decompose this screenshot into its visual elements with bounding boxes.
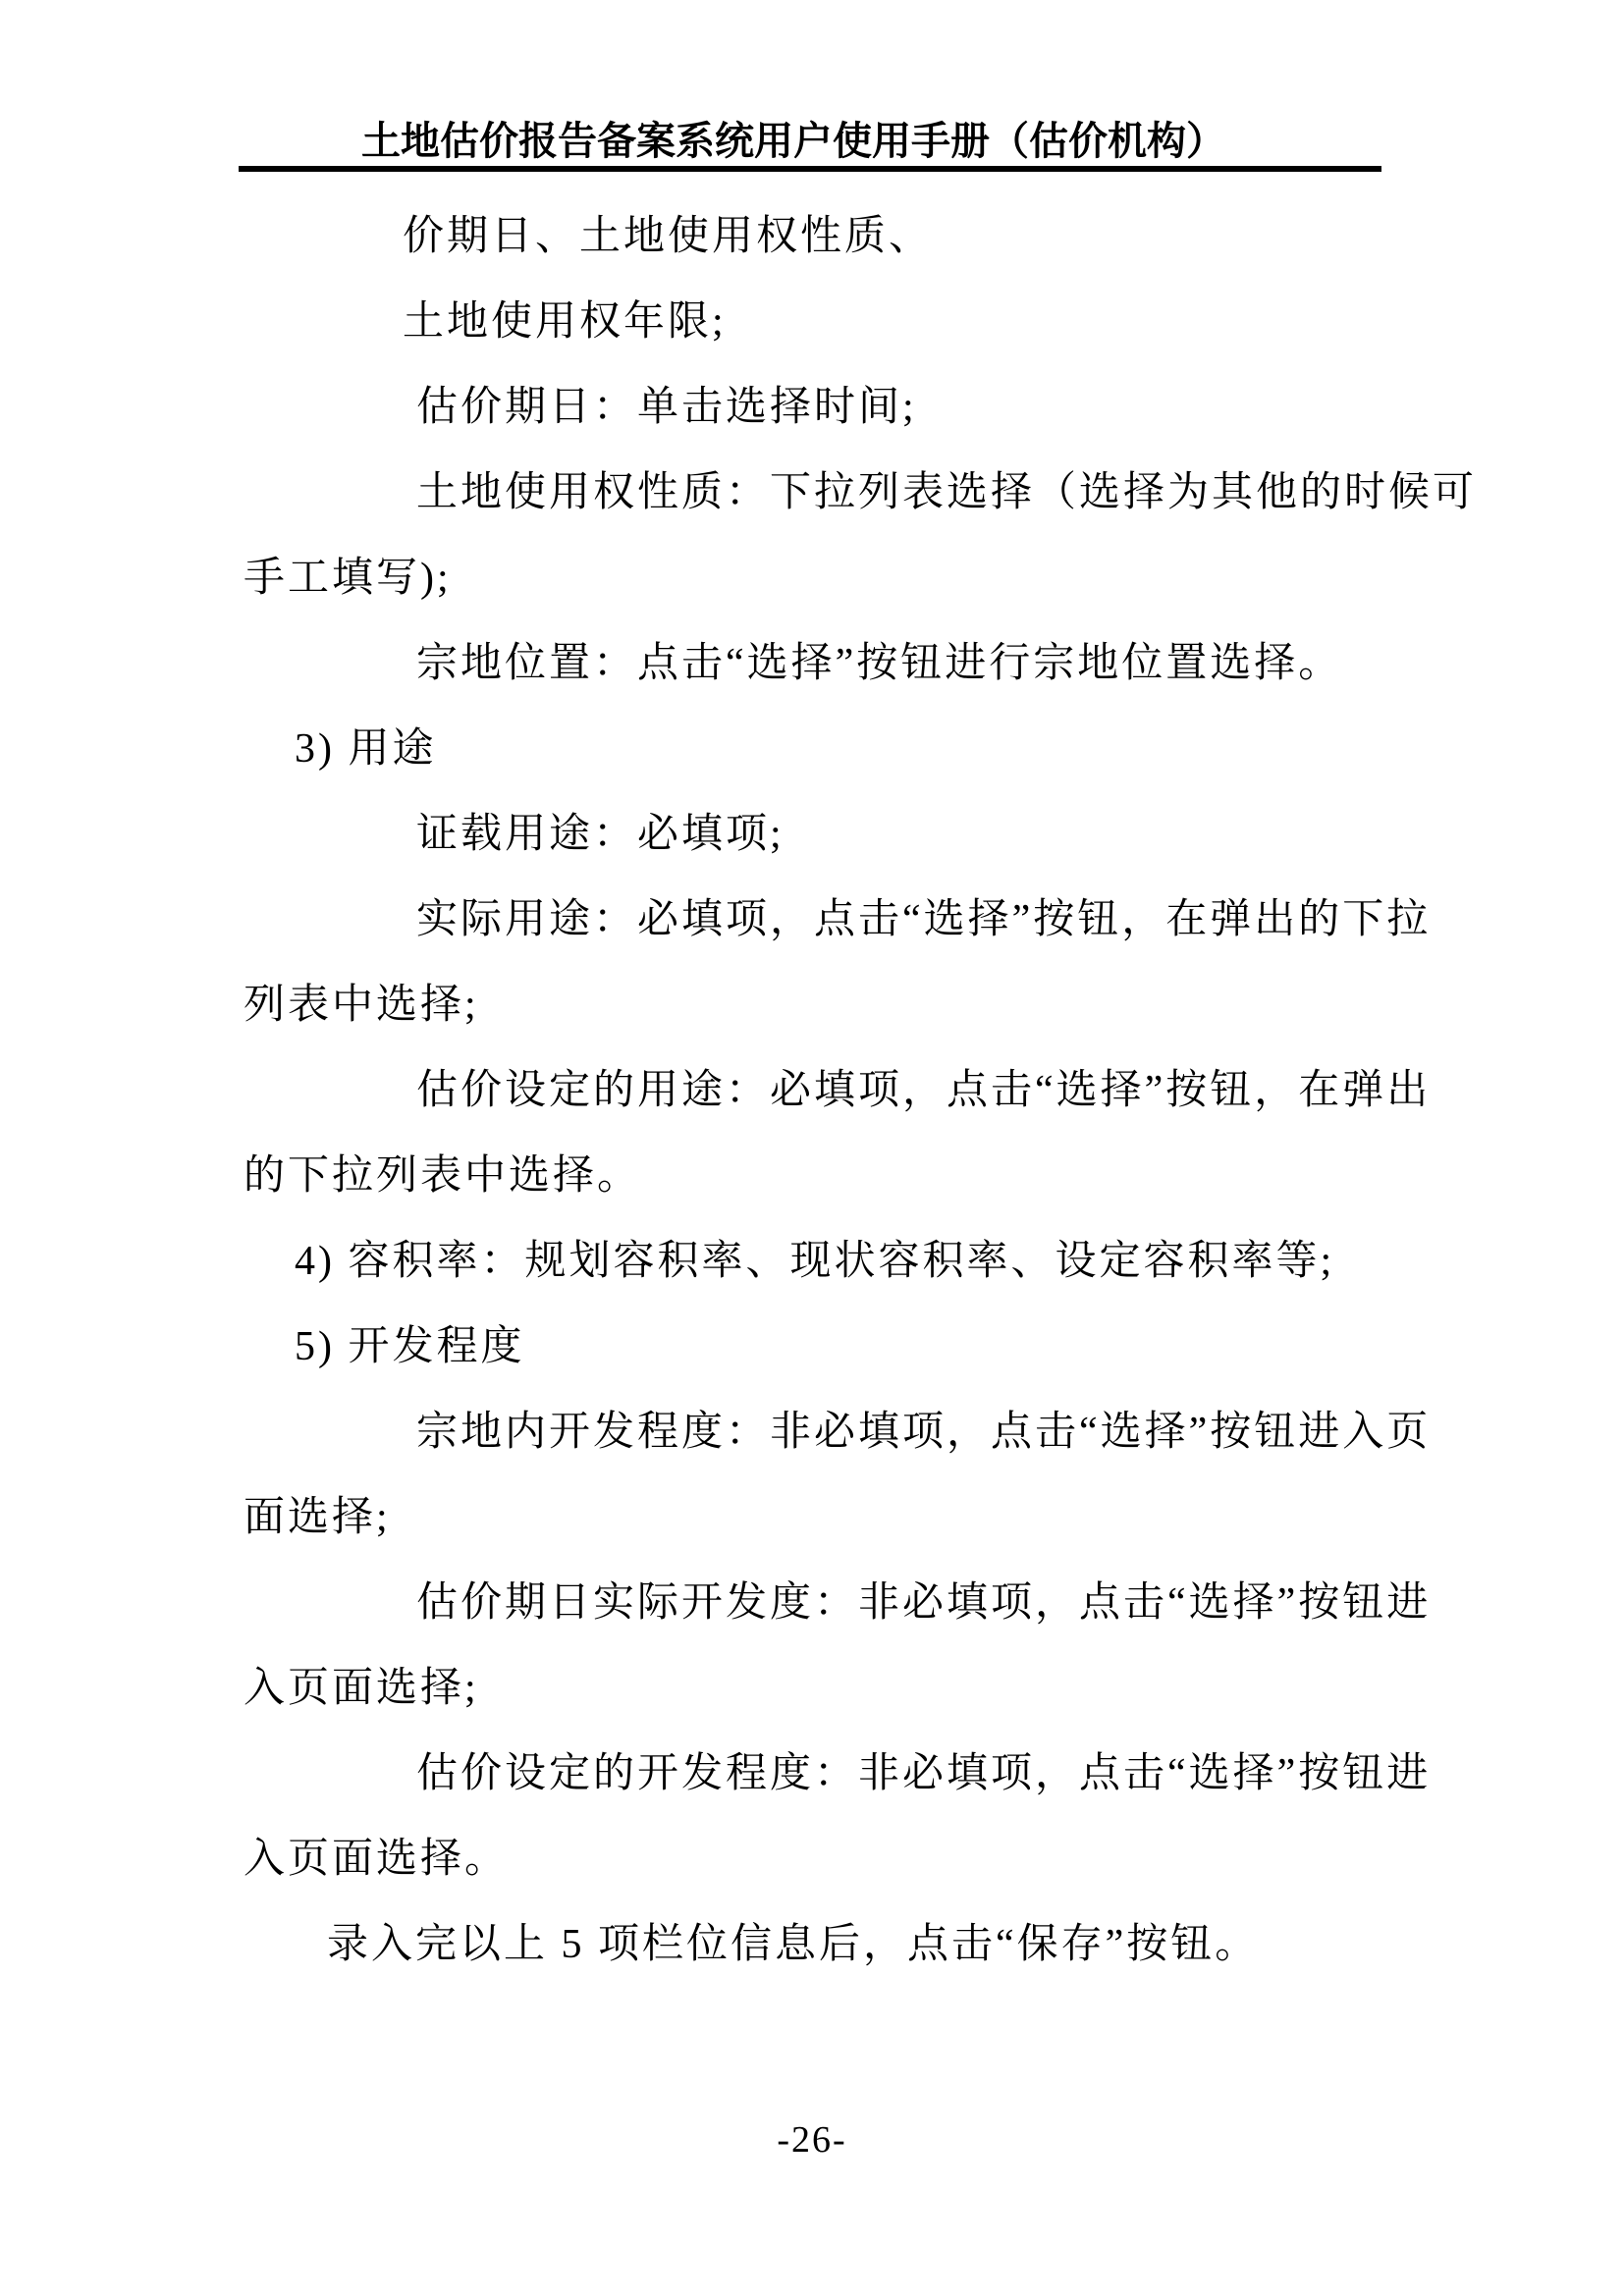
body-line: 实际用途：必填项，点击“选择”按钮，在弹出的下拉 <box>416 897 1431 942</box>
body-line: 5) 开发程度 <box>295 1324 525 1369</box>
body-line: 土地使用权年限; <box>403 299 727 345</box>
body-line: 土地使用权性质：下拉列表选择（选择为其他的时候可 <box>416 470 1477 515</box>
body-line: 的下拉列表中选择。 <box>244 1153 641 1199</box>
body-line: 3) 用途 <box>295 726 437 772</box>
body-line: 证载用途：必填项; <box>416 812 785 857</box>
body-line: 面选择; <box>244 1495 391 1540</box>
document-page: 土地估价报告备案系统用户使用手册（估价机构） 价期日、土地使用权性质、土地使用权… <box>0 0 1624 2296</box>
body-line: 入页面选择。 <box>244 1837 509 1882</box>
body-line: 入页面选择; <box>244 1666 479 1711</box>
header-rule-divider <box>239 166 1381 172</box>
body-line: 列表中选择; <box>244 983 479 1028</box>
page-header-title: 土地估价报告备案系统用户使用手册（估价机构） <box>361 110 1225 166</box>
body-line: 估价期日：单击选择时间; <box>416 385 917 430</box>
body-line: 宗地内开发程度：非必填项，点击“选择”按钮进入页 <box>416 1410 1431 1455</box>
body-line: 估价设定的用途：必填项，点击“选择”按钮，在弹出 <box>416 1068 1431 1113</box>
footer-page-number: -26- <box>0 2118 1624 2162</box>
body-line: 录入完以上 5 项栏位信息后，点击“保存”按钮。 <box>327 1922 1259 1967</box>
body-line: 估价设定的开发程度：非必填项，点击“选择”按钮进 <box>416 1751 1431 1796</box>
body-line: 宗地位置：点击“选择”按钮进行宗地位置选择。 <box>416 641 1342 686</box>
body-line: 价期日、土地使用权性质、 <box>403 214 933 259</box>
body-line: 4) 容积率：规划容积率、现状容积率、设定容积率等; <box>295 1239 1334 1284</box>
body-line: 手工填写); <box>244 556 452 601</box>
body-line: 估价期日实际开发度：非必填项，点击“选择”按钮进 <box>416 1580 1431 1626</box>
